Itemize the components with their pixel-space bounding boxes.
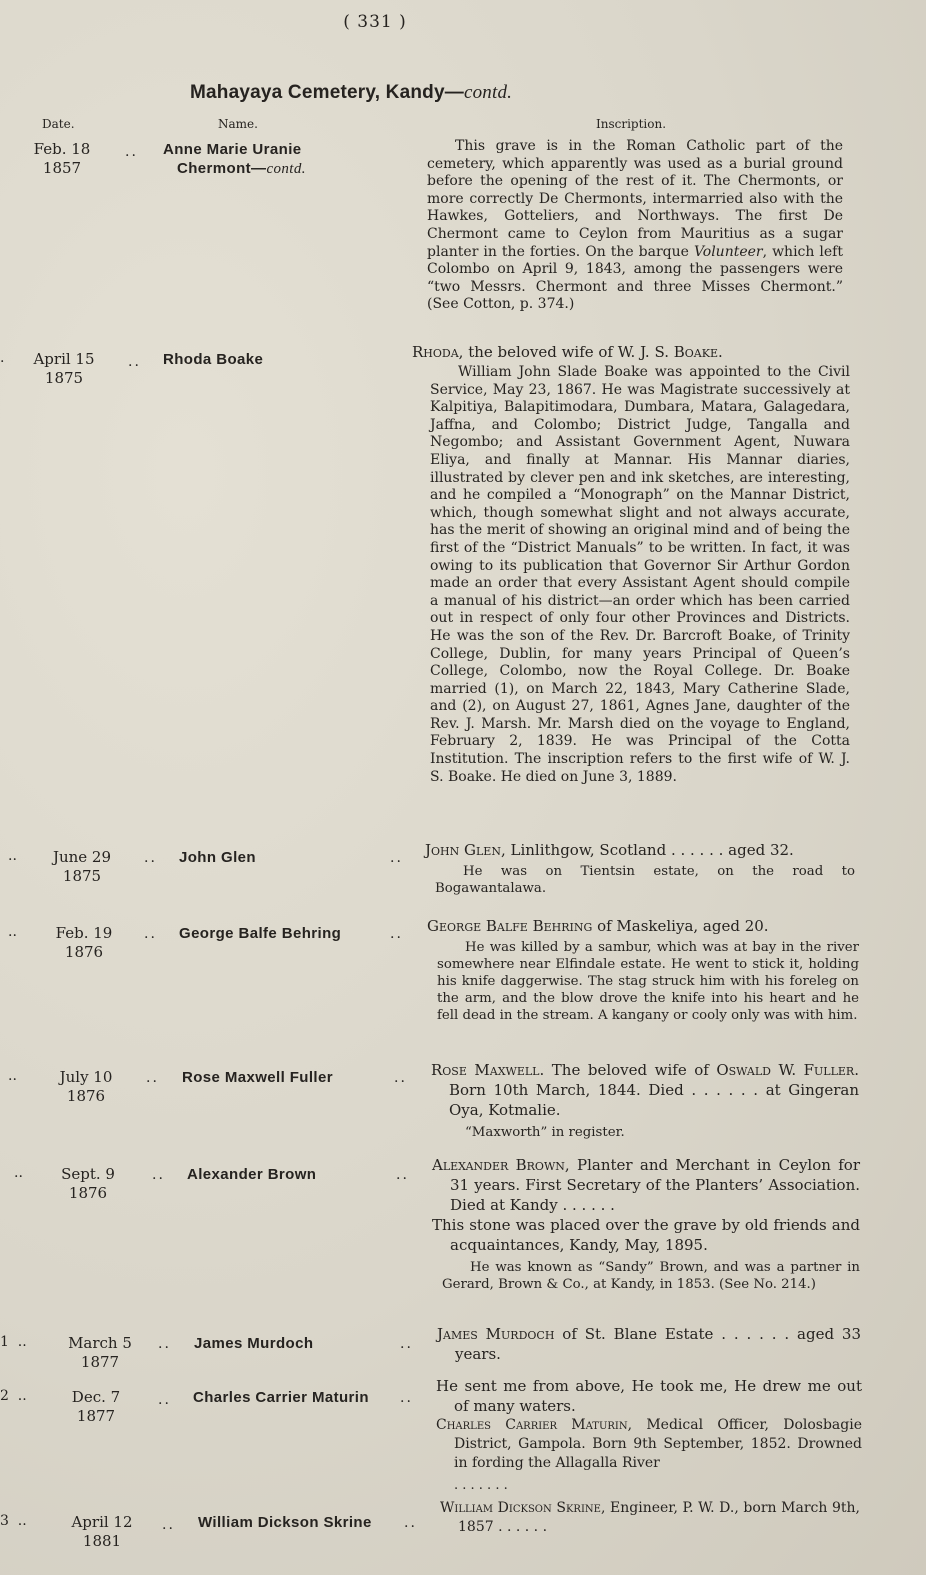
entry-date: June 291875 xyxy=(42,848,122,886)
separator-dots: .. xyxy=(158,1392,171,1408)
margin-mark: .. xyxy=(8,924,17,940)
entry-inscription: He sent me from above, He took me, He dr… xyxy=(436,1376,862,1495)
entry-inscription: This grave is in the Roman Catholic part… xyxy=(427,138,843,314)
entry-date: April 151875 xyxy=(24,350,104,388)
separator-dots: .. xyxy=(158,1336,171,1352)
entry-inscription: George Balfe Behring of Maskeliya, aged … xyxy=(427,916,859,1024)
separator-dots: .. xyxy=(390,850,403,866)
entry-name: Rhoda Boake xyxy=(163,350,263,369)
separator-dots: .. xyxy=(394,1070,407,1086)
separator-dots: .. xyxy=(404,1515,417,1531)
section-title: Mahayaya Cemetery, Kandy—contd. xyxy=(190,82,512,104)
entry-inscription: Rose Maxwell. The beloved wife of Oswald… xyxy=(431,1060,859,1141)
entry-name: James Murdoch xyxy=(194,1334,313,1353)
separator-dots: .. xyxy=(125,144,138,160)
entry-name: John Glen xyxy=(179,848,256,867)
entry-date: Dec. 71877 xyxy=(56,1388,136,1426)
margin-mark: 3 .. xyxy=(0,1513,27,1529)
margin-mark: . xyxy=(0,350,4,366)
separator-dots: .. xyxy=(400,1390,413,1406)
separator-dots: .. xyxy=(128,354,141,370)
entry-name: Anne Marie Uranie Chermont—contd. xyxy=(163,140,306,179)
entry-inscription: Alexander Brown, Planter and Merchant in… xyxy=(432,1155,860,1293)
page-number: ( 331 ) xyxy=(0,12,750,32)
margin-mark: .. xyxy=(14,1165,23,1181)
entry-date: July 101876 xyxy=(46,1068,126,1106)
separator-dots: .. xyxy=(144,926,157,942)
entry-name: George Balfe Behring xyxy=(179,924,341,943)
entry-inscription: Rhoda, the beloved wife of W. J. S. Boak… xyxy=(412,342,850,786)
separator-dots: .. xyxy=(396,1167,409,1183)
entry-inscription: John Glen, Linlithgow, Scotland . . . . … xyxy=(425,840,855,897)
margin-mark: .. xyxy=(8,848,17,864)
entry-name: William Dickson Skrine xyxy=(198,1513,372,1532)
separator-dots: .. xyxy=(400,1336,413,1352)
entry-name: Alexander Brown xyxy=(187,1165,316,1184)
margin-mark: 2 .. xyxy=(0,1388,27,1404)
entry-date: April 121881 xyxy=(62,1513,142,1551)
section-title-text: Mahayaya Cemetery, Kandy— xyxy=(190,82,464,103)
separator-dots: .. xyxy=(146,1070,159,1086)
separator-dots: .. xyxy=(152,1167,165,1183)
separator-dots: .. xyxy=(162,1517,175,1533)
margin-mark: 1 .. xyxy=(0,1334,27,1350)
entry-date: Feb. 181857 xyxy=(22,140,102,178)
separator-dots: .. xyxy=(390,926,403,942)
column-header-inscription: Inscription. xyxy=(596,117,666,131)
margin-mark: .. xyxy=(8,1068,17,1084)
section-title-contd: contd. xyxy=(464,82,512,103)
entry-date: Sept. 91876 xyxy=(48,1165,128,1203)
entry-inscription: James Murdoch of St. Blane Estate . . . … xyxy=(437,1324,861,1364)
entry-date: Feb. 191876 xyxy=(44,924,124,962)
entry-name: Rose Maxwell Fuller xyxy=(182,1068,333,1087)
entry-inscription: William Dickson Skrine, Engineer, P. W. … xyxy=(440,1499,860,1537)
separator-dots: .. xyxy=(144,850,157,866)
column-header-date: Date. xyxy=(42,117,75,131)
entry-date: March 51877 xyxy=(60,1334,140,1372)
column-header-name: Name. xyxy=(218,117,258,131)
entry-name: Charles Carrier Maturin xyxy=(193,1388,369,1407)
